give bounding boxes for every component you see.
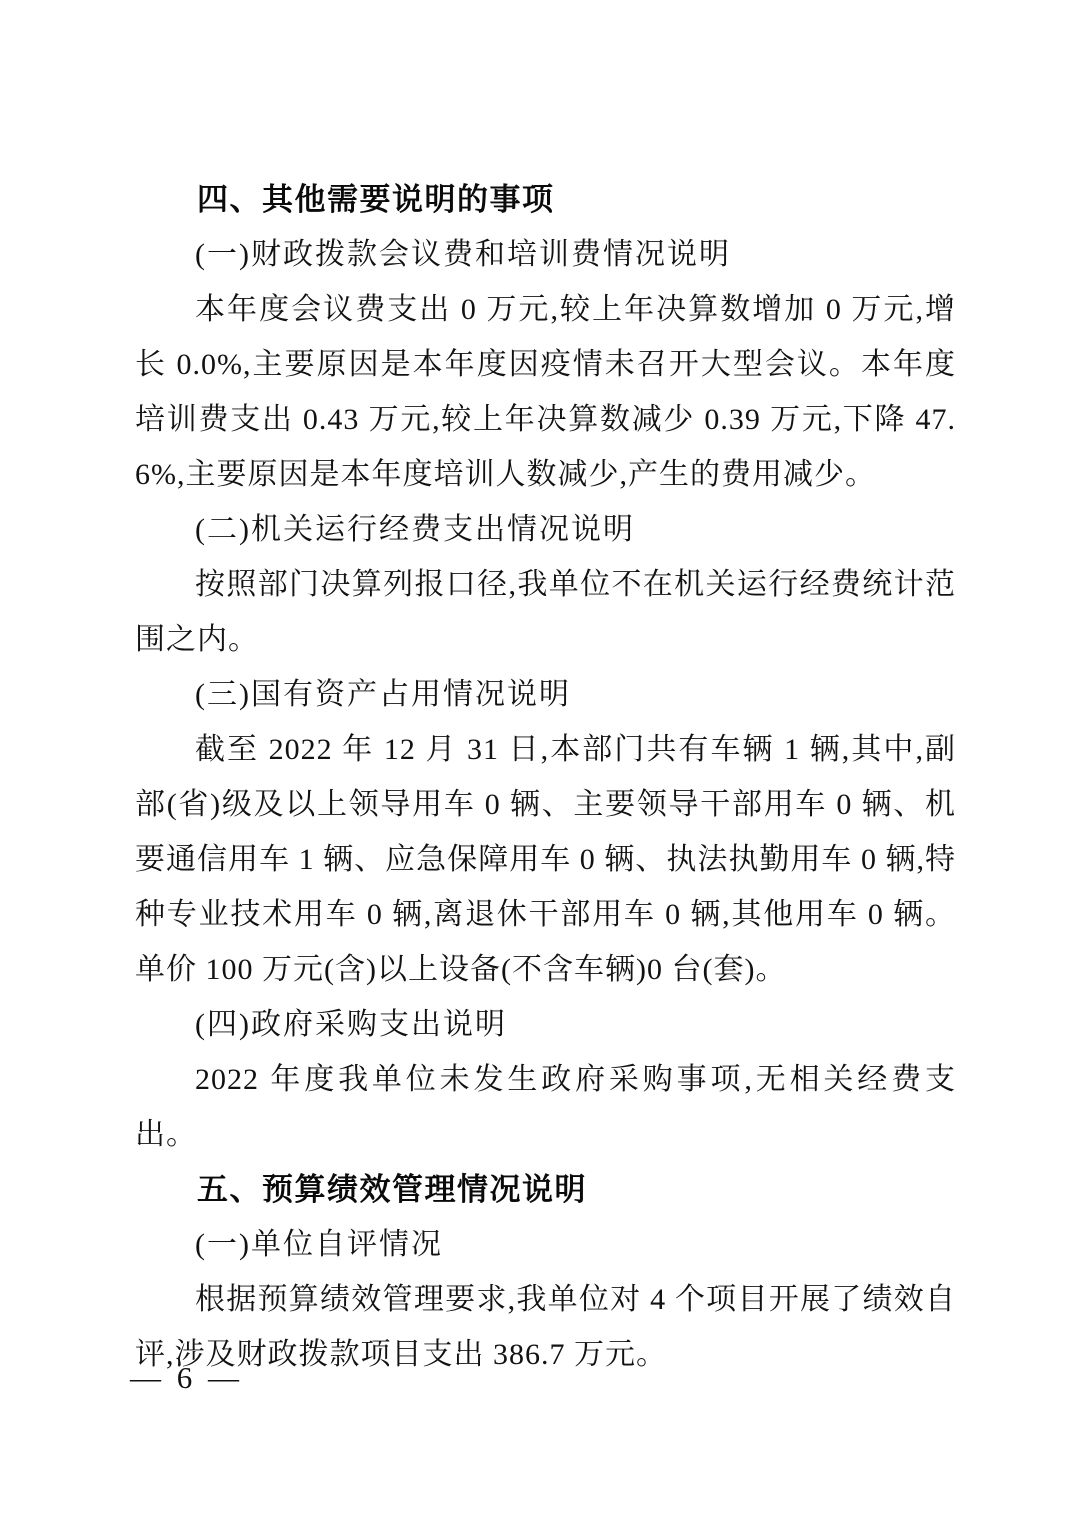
body-paragraph: 按照部门决算列报口径,我单位不在机关运行经费统计范围之内。: [135, 557, 956, 667]
body-paragraph: 截至 2022 年 12 月 31 日,本部门共有车辆 1 辆,其中,副部(省)…: [135, 722, 956, 997]
section-heading: 四、其他需要说明的事项: [135, 172, 956, 227]
sub-section-heading: (一)财政拨款会议费和培训费情况说明: [135, 227, 956, 282]
document-body: 四、其他需要说明的事项(一)财政拨款会议费和培训费情况说明本年度会议费支出 0 …: [135, 172, 956, 1382]
body-paragraph: 本年度会议费支出 0 万元,较上年决算数增加 0 万元,增长 0.0%,主要原因…: [135, 282, 956, 502]
document-page: 四、其他需要说明的事项(一)财政拨款会议费和培训费情况说明本年度会议费支出 0 …: [0, 0, 1074, 1520]
sub-section-heading: (二)机关运行经费支出情况说明: [135, 502, 956, 557]
sub-section-heading: (三)国有资产占用情况说明: [135, 667, 956, 722]
sub-section-heading: (四)政府采购支出说明: [135, 997, 956, 1052]
sub-section-heading: (一)单位自评情况: [135, 1217, 956, 1272]
body-paragraph: 根据预算绩效管理要求,我单位对 4 个项目开展了绩效自评,涉及财政拨款项目支出 …: [135, 1272, 956, 1382]
section-heading: 五、预算绩效管理情况说明: [135, 1162, 956, 1217]
body-paragraph: 2022 年度我单位未发生政府采购事项,无相关经费支出。: [135, 1052, 956, 1162]
page-number: — 6 —: [130, 1358, 243, 1398]
